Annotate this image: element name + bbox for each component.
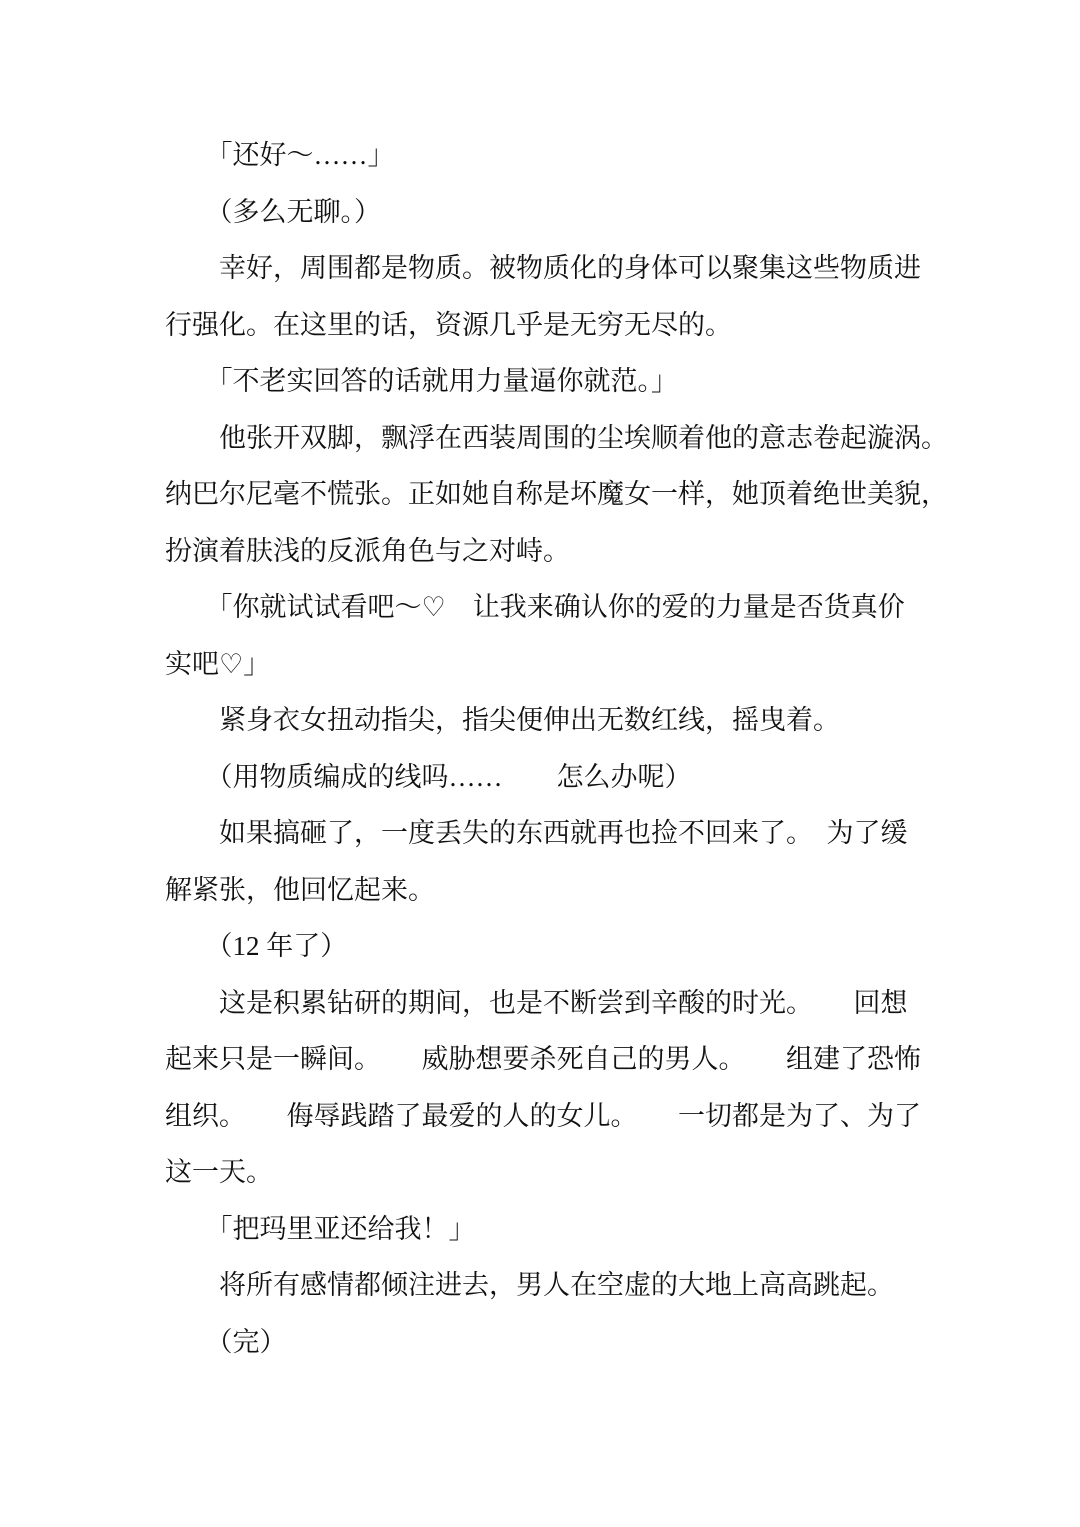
text-line: 「还好～……」 xyxy=(165,127,965,184)
text-line: 「把玛里亚还给我！」 xyxy=(165,1201,965,1258)
text-line: （用物质编成的线吗…… 怎么办呢） xyxy=(165,749,965,806)
text-line: 扮演着肤浅的反派角色与之对峙。 xyxy=(165,523,965,580)
text-line: 幸好，周围都是物质。被物质化的身体可以聚集这些物质进 xyxy=(165,240,965,297)
text-line: 如果搞砸了，一度丢失的东西就再也捡不回来了。 为了缓 xyxy=(165,805,965,862)
text-content: 「还好～……」 （多么无聊。） 幸好，周围都是物质。被物质化的身体可以聚集这些物… xyxy=(165,127,965,1370)
text-line: 他张开双脚，飘浮在西装周围的尘埃顺着他的意志卷起漩涡。 xyxy=(165,410,965,467)
text-line: 纳巴尔尼毫不慌张。正如她自称是坏魔女一样，她顶着绝世美貌， xyxy=(165,466,965,523)
text-line: 行强化。在这里的话，资源几乎是无穷无尽的。 xyxy=(165,297,965,354)
text-line: 组织。 侮辱践踏了最爱的人的女儿。 一切都是为了、为了 xyxy=(165,1088,965,1145)
text-line: （多么无聊。） xyxy=(165,184,965,241)
page: 「还好～……」 （多么无聊。） 幸好，周围都是物质。被物质化的身体可以聚集这些物… xyxy=(0,0,1080,1527)
text-line: 解紧张，他回忆起来。 xyxy=(165,862,965,919)
text-line: 这是积累钻研的期间，也是不断尝到辛酸的时光。 回想 xyxy=(165,975,965,1032)
text-line: 「你就试试看吧～♡ 让我来确认你的爱的力量是否货真价 xyxy=(165,579,965,636)
text-line: 将所有感情都倾注进去，男人在空虚的大地上高高跳起。 xyxy=(165,1257,965,1314)
text-line: （完） xyxy=(165,1314,965,1371)
text-line: 起来只是一瞬间。 威胁想要杀死自己的男人。 组建了恐怖 xyxy=(165,1031,965,1088)
text-line: 这一天。 xyxy=(165,1144,965,1201)
text-line: 「不老实回答的话就用力量逼你就范。」 xyxy=(165,353,965,410)
text-line: 紧身衣女扭动指尖，指尖便伸出无数红线，摇曳着。 xyxy=(165,692,965,749)
text-line: 实吧♡」 xyxy=(165,636,965,693)
text-line: （12 年了） xyxy=(165,918,965,975)
